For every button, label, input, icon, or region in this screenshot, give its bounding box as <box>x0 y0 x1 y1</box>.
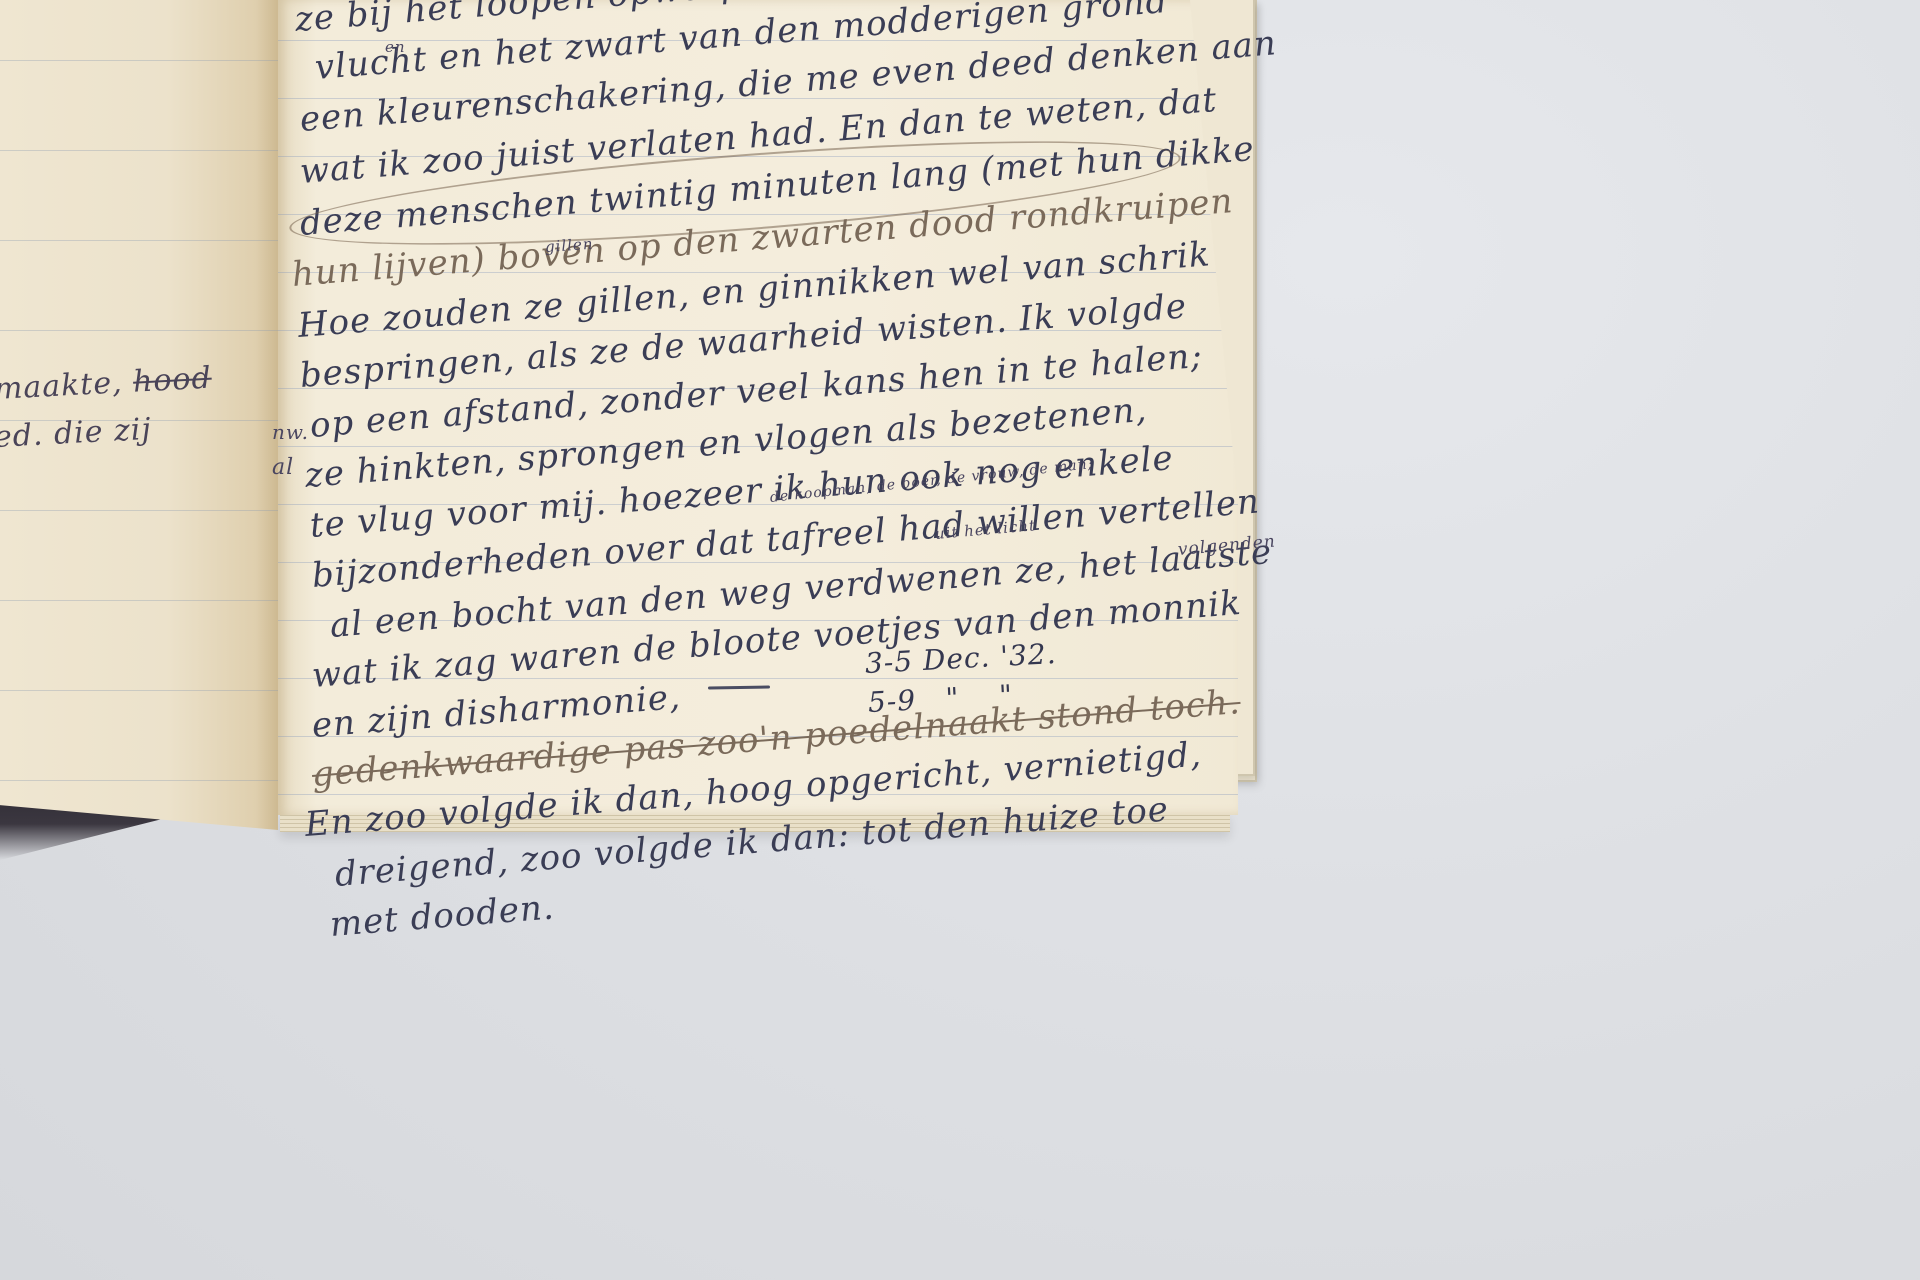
left-note-1: maakte, hood <box>0 361 213 407</box>
left-note-2: ed. die zij <box>0 412 153 455</box>
margin-note-al: al <box>272 455 294 480</box>
annotation-en: en <box>385 38 406 56</box>
left-page: maakte, hood ed. die zij <box>0 0 278 830</box>
annotation-gillen: gillen <box>544 235 594 256</box>
margin-note-nw: nw. <box>272 420 309 444</box>
